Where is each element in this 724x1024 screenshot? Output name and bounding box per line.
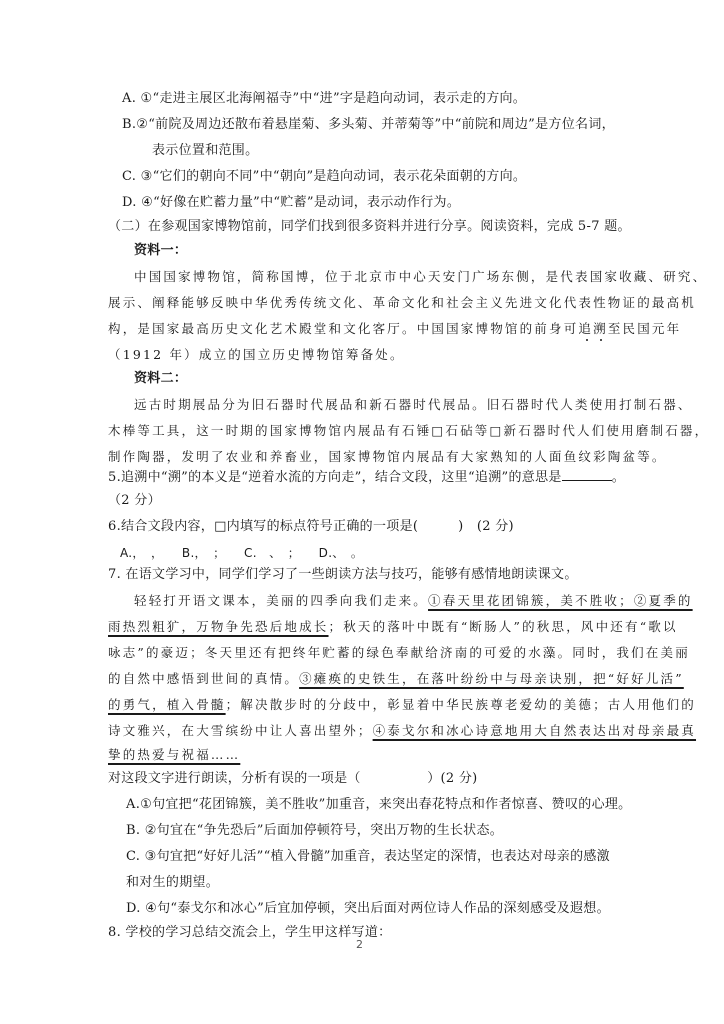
underlined-sentence-2: 雨热烈粗犷，万物争先恐后地成长 (108, 619, 329, 634)
material1-line3-end: 至民国元年 (608, 321, 682, 336)
q7-passage-line4: 的自然中感悟到世间的真情。③瘫痪的史铁生，在落叶纷纷中与母亲诀别，把“好好儿活” (108, 670, 684, 688)
material1-line3-text: 构，是国家最高历史文化艺术殿堂和文化客厅。中国国家博物馆的前身可 (108, 321, 578, 336)
passage-text: 诗文雅兴，在大雪缤纷中让人喜出望外； (108, 723, 373, 738)
material1-line1: 中国国家博物馆，简称国博，位于北京市中心天安门广场东侧，是代表国家收藏、研究、 (134, 268, 707, 286)
material2-line2: 木棒等工具，这一时期的国家博物馆内展品有石锤□石砧等□新石器时代人们使用磨制石器… (108, 422, 709, 440)
q6-options: A.， ， B.， ； C. 、 ； D.、 。 (120, 544, 363, 562)
material1-line3: 构，是国家最高历史文化艺术殿堂和文化客厅。中国国家博物馆的前身可追溯至民国元年 (108, 320, 681, 338)
question-7-intro: 7. 在语文学习中，同学们学习了一些朗读方法与技巧，能够有感情地朗读课文。 (108, 566, 578, 584)
q7-option-d: D. ④句“泰戈尔和冰心”后宜加停顿，突出后面对两位诗人作品的深刻感受及遐想。 (126, 900, 610, 918)
underlined-sentence-3-end: 的勇气，植入骨髓 (108, 697, 226, 712)
question-6: 6.结合文段内容，□内填写的标点符号正确的一项是( ) (2 分) (108, 518, 514, 536)
q4-option-c: C. ③“它们的朝向不同”中“朝向”是趋向动词，表示花朵面朝的方向。 (122, 168, 526, 186)
question-8: 8. 学校的学习总结交流会上，学生甲这样写道： (108, 924, 391, 942)
page-number: 2 (356, 938, 363, 951)
material2-line1: 远古时期展品分为旧石器时代展品和新石器时代展品。旧石器时代人类使用打制石器、 (134, 396, 693, 414)
q7-passage-line7: 挚的热爱与祝福…… (108, 746, 240, 764)
q7-passage-line3: 咏志”的豪迈；冬天里还有把终年贮蓄的绿色奉献给济南的可爱的水藻。同时，我们在美丽 (108, 644, 690, 662)
q5-end: 。 (612, 470, 625, 485)
passage-text: 的自然中感悟到世间的真情。 (108, 671, 299, 686)
material1-title: 资料一： (134, 242, 187, 260)
emphasis-char-zhui: 追 (578, 321, 593, 336)
q7-passage-line2: 雨热烈粗犷，万物争先恐后地成长；秋天的落叶中既有“断肠人”的秋思，风中还有“歌以 (108, 618, 678, 636)
passage-text: ；秋天的落叶中既有“断肠人”的秋思，风中还有“歌以 (329, 619, 678, 634)
emphasis-char-su: 溯 (593, 321, 608, 336)
q7-passage-line6: 诗文雅兴，在大雪缤纷中让人喜出望外；④泰戈尔和冰心诗意地用大自然表达出对母亲最真 (108, 722, 696, 740)
q4-option-b-line2: 表示位置和范围。 (152, 142, 258, 160)
underlined-sentence-4-end: 挚的热爱与祝福…… (108, 747, 240, 762)
section2-heading: （二）在参观国家博物馆前，同学们找到很多资料并进行分享。阅读资料，完成 5-7 … (108, 218, 631, 236)
q4-option-d: D. ④“好像在贮蓄力量”中“贮蓄”是动词，表示动作行为。 (122, 194, 460, 212)
passage-text: ；解决散步时的分歧中，彰显着中华民族尊老爱幼的美德；古人用他们的 (226, 697, 696, 712)
underlined-sentence-1-2: ①春天里花团锦簇，美不胜收；②夏季的 (428, 593, 693, 608)
material2-title: 资料二： (134, 370, 187, 388)
q7-passage-line1: 轻轻打开语文课本，美丽的四季向我们走来。①春天里花团锦簇，美不胜收；②夏季的 (134, 592, 693, 610)
q4-option-a: A. ①“走进主展区北海阐福寺”中“进”字是趋向动词，表示走的方向。 (122, 90, 526, 108)
q7-option-c-line2: 和对生的期望。 (126, 874, 219, 892)
underlined-sentence-3: ③瘫痪的史铁生，在落叶纷纷中与母亲诀别，把“好好儿活” (299, 671, 684, 686)
material2-line3: 制作陶器，发明了农业和养畜业，国家博物馆内展品有大家熟知的人面鱼纹彩陶盆等。 (108, 448, 667, 466)
q7-option-c-line1: C. ③句宜把“好好儿活”“植入骨髓”加重音，表达坚定的深情，也表达对母亲的感激 (126, 848, 610, 866)
question-5: 5.追溯中“溯”的本义是“逆着水流的方向走”，结合文段，这里“追溯”的意思是。 (108, 468, 625, 487)
q5-text: 5.追溯中“溯”的本义是“逆着水流的方向走”，结合文段，这里“追溯”的意思是 (108, 470, 562, 485)
q7-option-b: B. ②句宜在“争先恐后”后面加停顿符号，突出万物的生长状态。 (126, 822, 503, 840)
q7-question: 对这段文字进行朗读，分析有误的一项是（ ）(2 分) (108, 770, 478, 788)
material1-line2: 展示、阐释能够反映中华优秀传统文化、革命文化和社会主义先进文化代表性物证的最高机 (108, 294, 696, 312)
q5-answer-blank[interactable] (562, 468, 612, 481)
q7-passage-line5: 的勇气，植入骨髓；解决散步时的分歧中，彰显着中华民族尊老爱幼的美德；古人用他们的 (108, 696, 696, 714)
q4-option-b-line1: B.②“前院及周边还散布着悬崖菊、多头菊、并蒂菊等”中“前院和周边”是方位名词， (122, 116, 615, 134)
material1-line4: （1912 年）成立的国立历史博物馆筹备处。 (108, 346, 405, 364)
underlined-sentence-4: ④泰戈尔和冰心诗意地用大自然表达出对母亲最真 (373, 723, 696, 738)
q5-score: （2 分） (108, 492, 161, 510)
q7-option-a: A.①句宜把“花团锦簇，美不胜收”加重音，来突出春花特点和作者惊喜、赞叹的心理。 (126, 796, 631, 814)
passage-text: 轻轻打开语文课本，美丽的四季向我们走来。 (134, 593, 428, 608)
